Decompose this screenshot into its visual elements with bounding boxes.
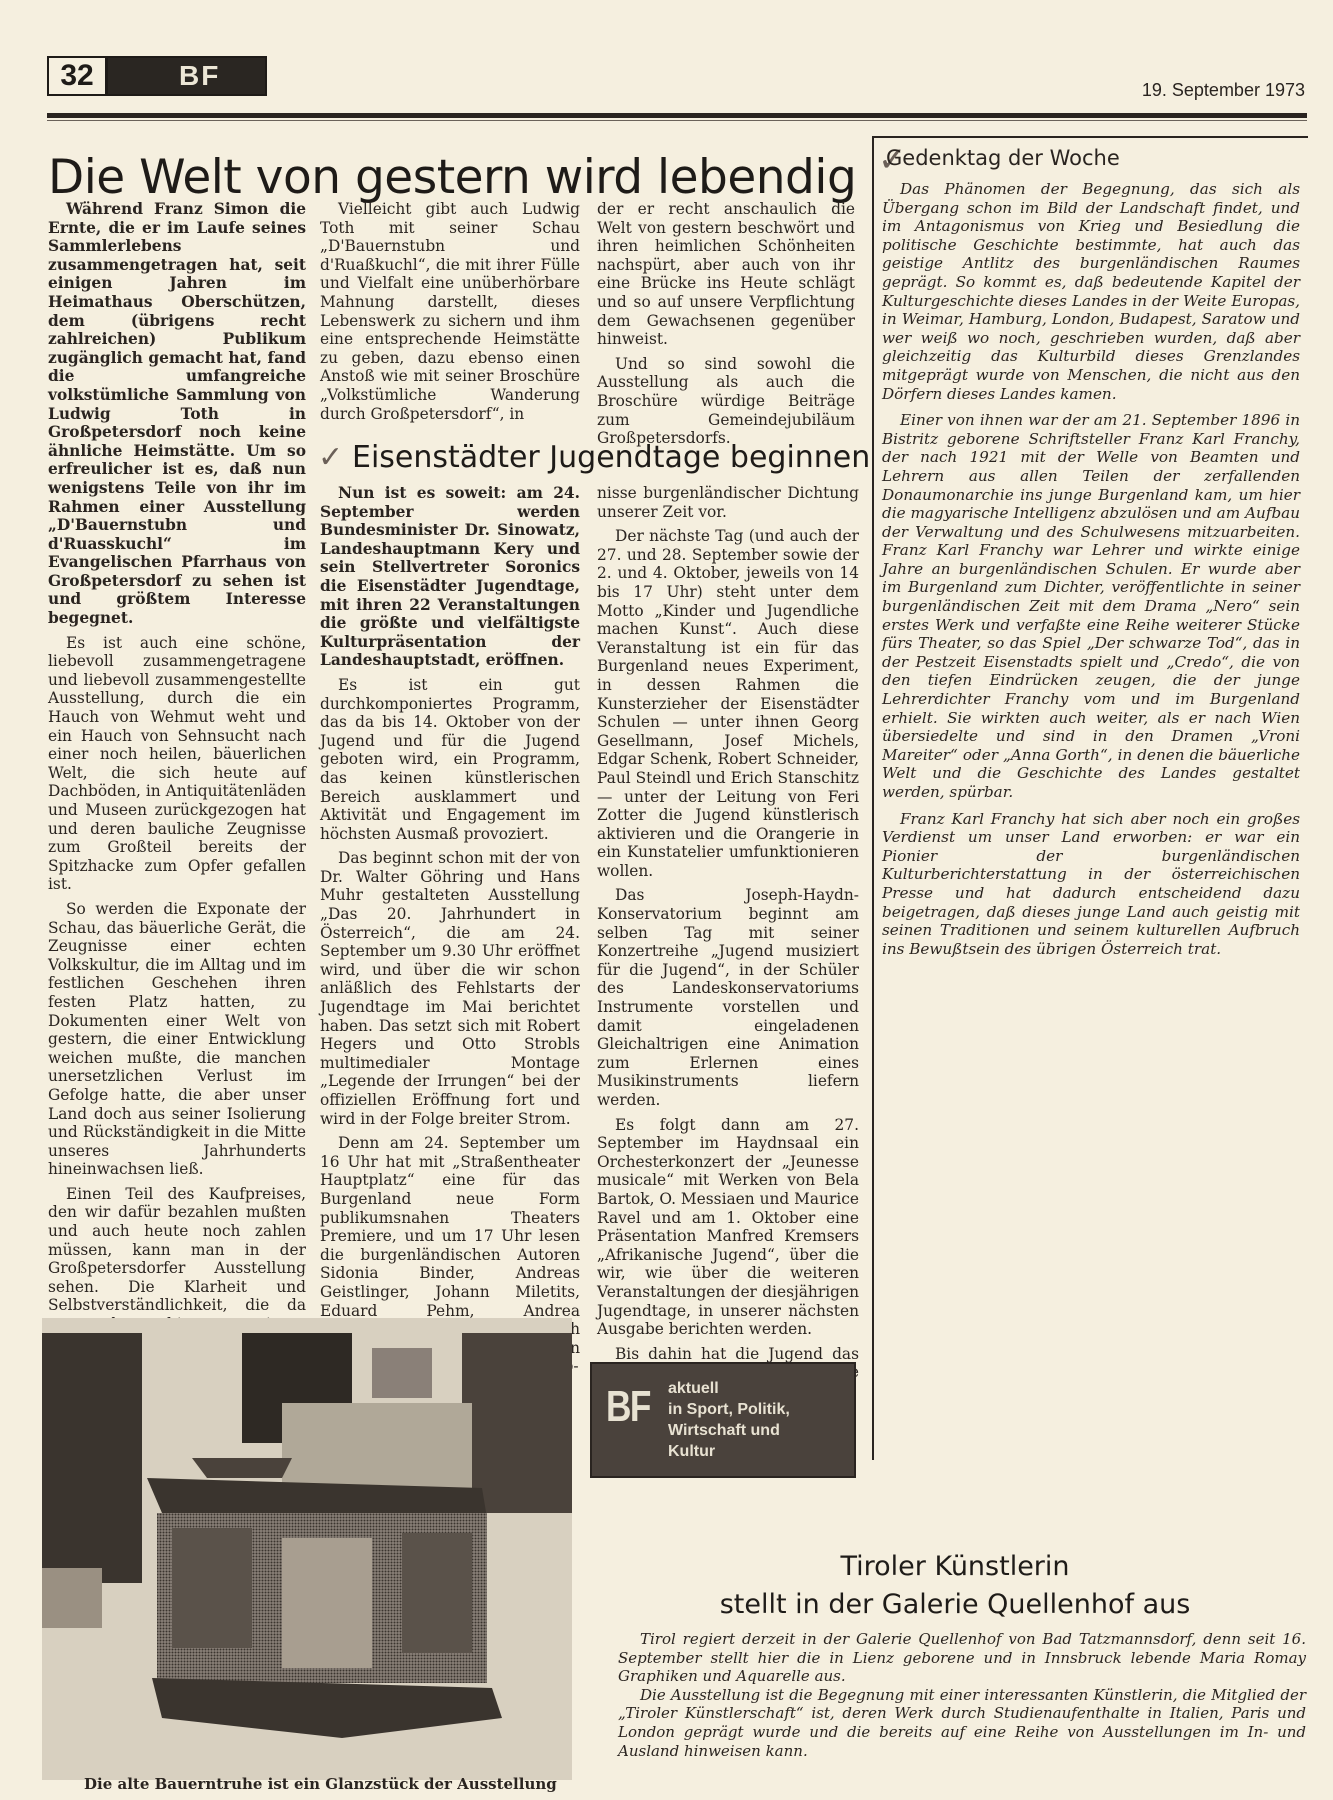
publication-logo: BF	[179, 58, 220, 94]
body-paragraph: Die Ausstellung ist die Begegnung mit ei…	[618, 1686, 1306, 1760]
tirol-article-text: Tirol regiert derzeit in der Galerie Que…	[618, 1630, 1306, 1760]
sidebar-title: Gedenktag der Woche	[886, 146, 1120, 170]
body-paragraph: Und so sind sowohl die Ausstellung als a…	[597, 355, 855, 448]
body-paragraph: Der nächste Tag (und auch der 27. und 28…	[597, 527, 859, 880]
tirol-headline: Tiroler Künstlerin stellt in der Galerie…	[600, 1548, 1310, 1624]
sidebar-text: Das Phänomen der Begegnung, das sich als…	[882, 180, 1300, 966]
body-paragraph: Vielleicht gibt auch Ludwig Toth mit sei…	[320, 200, 580, 423]
bf-advertisement: BF aktuell in Sport, Politik, Wirtschaft…	[590, 1362, 856, 1478]
header-rule-thin	[47, 120, 1307, 121]
header-rule	[47, 113, 1307, 118]
jugendtage-headline: Eisenstädter Jugendtage beginnen	[352, 440, 870, 475]
body-paragraph: Tirol regiert derzeit in der Galerie Que…	[618, 1630, 1306, 1686]
main-article-column-2: Vielleicht gibt auch Ludwig Toth mit sei…	[320, 200, 580, 429]
photo-bauerntruhe	[42, 1318, 572, 1780]
ad-text: aktuell in Sport, Politik, Wirtschaft un…	[668, 1378, 790, 1462]
tirol-headline-line1: Tiroler Künstlerin	[600, 1548, 1310, 1586]
body-paragraph: Es ist auch eine schöne, liebevoll zusam…	[48, 634, 306, 894]
ad-line: Kultur	[668, 1441, 790, 1462]
main-article-column-1: Während Franz Simon die Ernte, die er im…	[48, 200, 306, 1451]
jugendtage-column-1: Nun ist es soweit: am 24. September werd…	[320, 484, 580, 1382]
lead-paragraph: Während Franz Simon die Ernte, die er im…	[48, 200, 306, 628]
body-paragraph: Es ist ein gut durchkomponiertes Program…	[320, 676, 580, 843]
ad-line: in Sport, Politik,	[668, 1399, 790, 1420]
body-paragraph: nisse burgenländischer Dichtung unserer …	[597, 484, 859, 521]
body-paragraph: Das beginnt schon mit der von Dr. Walter…	[320, 849, 580, 1128]
masthead: 32 BF	[47, 56, 267, 96]
ad-line: Wirtschaft und	[668, 1420, 790, 1441]
tirol-headline-line2: stellt in der Galerie Quellenhof aus	[600, 1586, 1310, 1624]
body-paragraph: Das Joseph-Haydn-Konservatorium beginnt …	[597, 886, 859, 1109]
ad-logo: BF	[606, 1382, 650, 1432]
jugendtage-column-2: nisse burgenländischer Dichtung unserer …	[597, 484, 859, 1407]
sidebar-paragraph: Einer von ihnen war der am 21. September…	[882, 411, 1300, 801]
sidebar-paragraph: Franz Karl Franchy hat sich aber noch ei…	[882, 810, 1300, 959]
issue-date: 19. September 1973	[1142, 80, 1305, 101]
body-paragraph: Es folgt dann am 27. September im Haydns…	[597, 1116, 859, 1339]
main-headline: Die Welt von gestern wird lebendig	[48, 150, 856, 205]
body-paragraph: So werden die Exponate der Schau, das bä…	[48, 900, 306, 1179]
pen-checkmark-icon: ✓	[318, 440, 343, 475]
sidebar-paragraph: Das Phänomen der Begegnung, das sich als…	[882, 180, 1300, 403]
body-paragraph: der er recht anschaulich die Welt von ge…	[597, 200, 855, 349]
main-article-column-3: der er recht anschaulich die Welt von ge…	[597, 200, 855, 454]
ad-line: aktuell	[668, 1378, 790, 1399]
page-number: 32	[49, 58, 108, 94]
photo-caption: Die alte Bauerntruhe ist ein Glanzstück …	[84, 1775, 557, 1793]
chest-photo-image	[42, 1318, 572, 1780]
lead-paragraph: Nun ist es soweit: am 24. September werd…	[320, 484, 580, 670]
